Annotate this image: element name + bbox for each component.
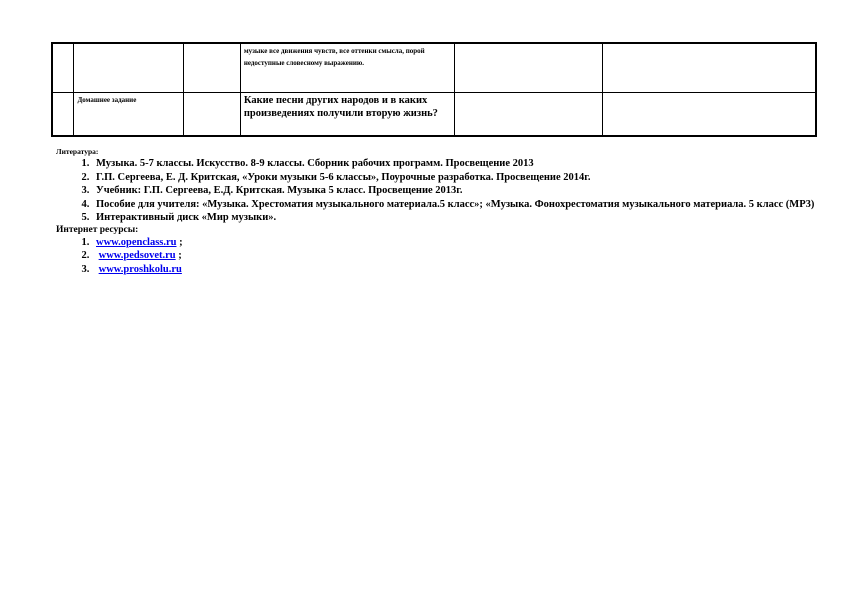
literature-item: Пособие для учителя: «Музыка. Хрестомати… [92, 198, 816, 212]
literature-heading: Литература: [56, 146, 816, 157]
table-cell [602, 43, 816, 93]
table-cell [455, 43, 603, 93]
resource-link-proshkolu[interactable]: www.proshkolu.ru [99, 264, 182, 275]
lesson-plan-table: музыке все движения чувств, все оттенки … [51, 42, 817, 137]
table-row: музыке все движения чувств, все оттенки … [52, 43, 816, 93]
resource-item: www.proshkolu.ru [92, 263, 816, 277]
resource-link-pedsovet[interactable]: www.pedsovet.ru [99, 250, 176, 261]
resource-item: www.pedsovet.ru ; [92, 249, 816, 263]
table-cell [455, 93, 603, 137]
table-cell [52, 93, 74, 137]
homework-content-cell: Какие песни других народов и в каких про… [240, 93, 455, 137]
resource-suffix: ; [177, 237, 183, 248]
table-cell [52, 43, 74, 93]
homework-label-cell: Домашнее задание [74, 93, 184, 137]
table-cell [74, 43, 184, 93]
table-cell [184, 93, 241, 137]
resource-suffix: ; [176, 250, 182, 261]
resource-link-openclass[interactable]: www.openclass.ru [96, 237, 177, 248]
table-cell [184, 43, 241, 93]
literature-item: Музыка. 5-7 классы. Искусство. 8-9 класс… [92, 157, 816, 171]
resource-item: www.openclass.ru ; [92, 236, 816, 250]
literature-item: Г.П. Сергеева, Е. Д. Критская, «Уроки му… [92, 171, 816, 185]
references-section: Литература: Музыка. 5-7 классы. Искусств… [56, 146, 816, 276]
literature-list: Музыка. 5-7 классы. Искусство. 8-9 класс… [56, 157, 816, 225]
table-row: Домашнее задание Какие песни других наро… [52, 93, 816, 137]
lesson-content-cell: музыке все движения чувств, все оттенки … [240, 43, 455, 93]
table-cell [602, 93, 816, 137]
literature-item: Интерактивный диск «Мир музыки». [92, 211, 816, 225]
internet-resources-heading: Интернет ресурсы: [56, 225, 816, 236]
internet-resources-list: www.openclass.ru ; www.pedsovet.ru ; www… [56, 236, 816, 277]
literature-item: Учебник: Г.П. Сергеева, Е.Д. Критская. М… [92, 184, 816, 198]
